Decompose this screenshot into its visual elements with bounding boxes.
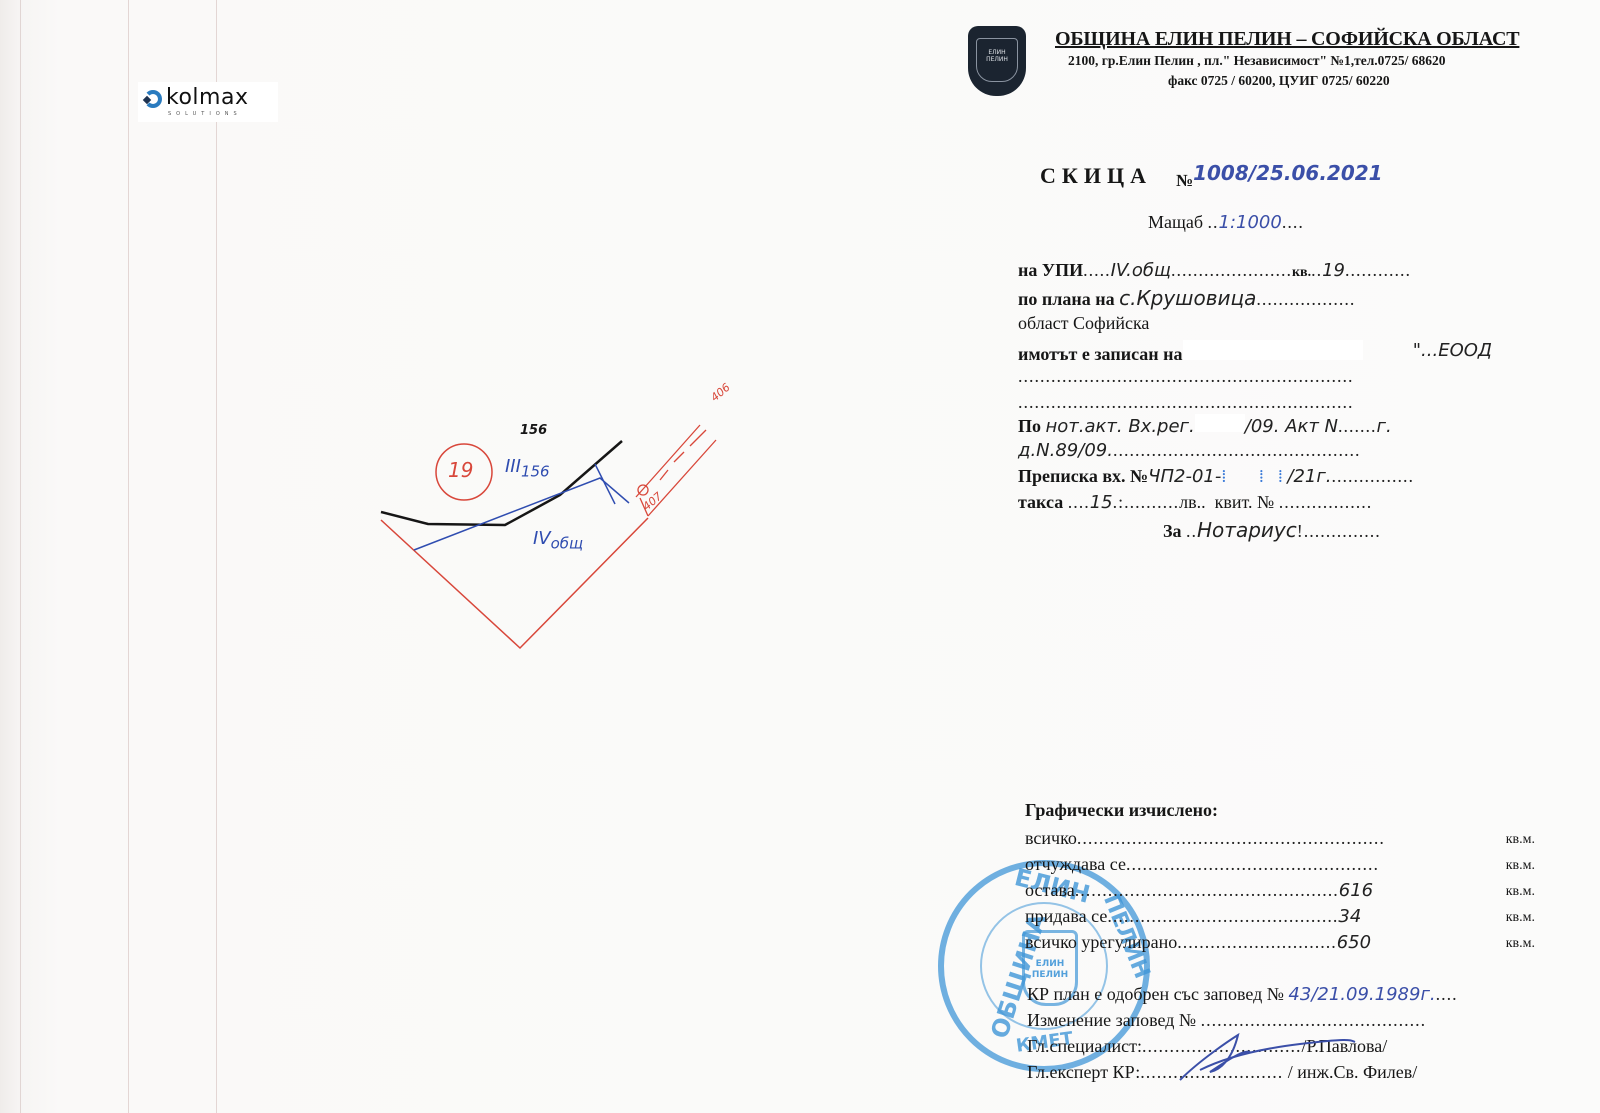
upi-iii-sub: 156 bbox=[521, 463, 550, 481]
upi-iv-roman: IV bbox=[533, 528, 551, 549]
upi-iv-label: IVобщ bbox=[533, 528, 583, 553]
upi-iii-roman: III bbox=[505, 456, 521, 477]
plot-sketch bbox=[0, 0, 1600, 1113]
upi-iii-label: III156 bbox=[505, 456, 550, 481]
block-number-label: 19 bbox=[448, 458, 473, 482]
upi-iv-sub: общ bbox=[551, 535, 584, 553]
signature bbox=[1180, 1035, 1355, 1080]
plot-156-label: 156 bbox=[520, 423, 547, 438]
